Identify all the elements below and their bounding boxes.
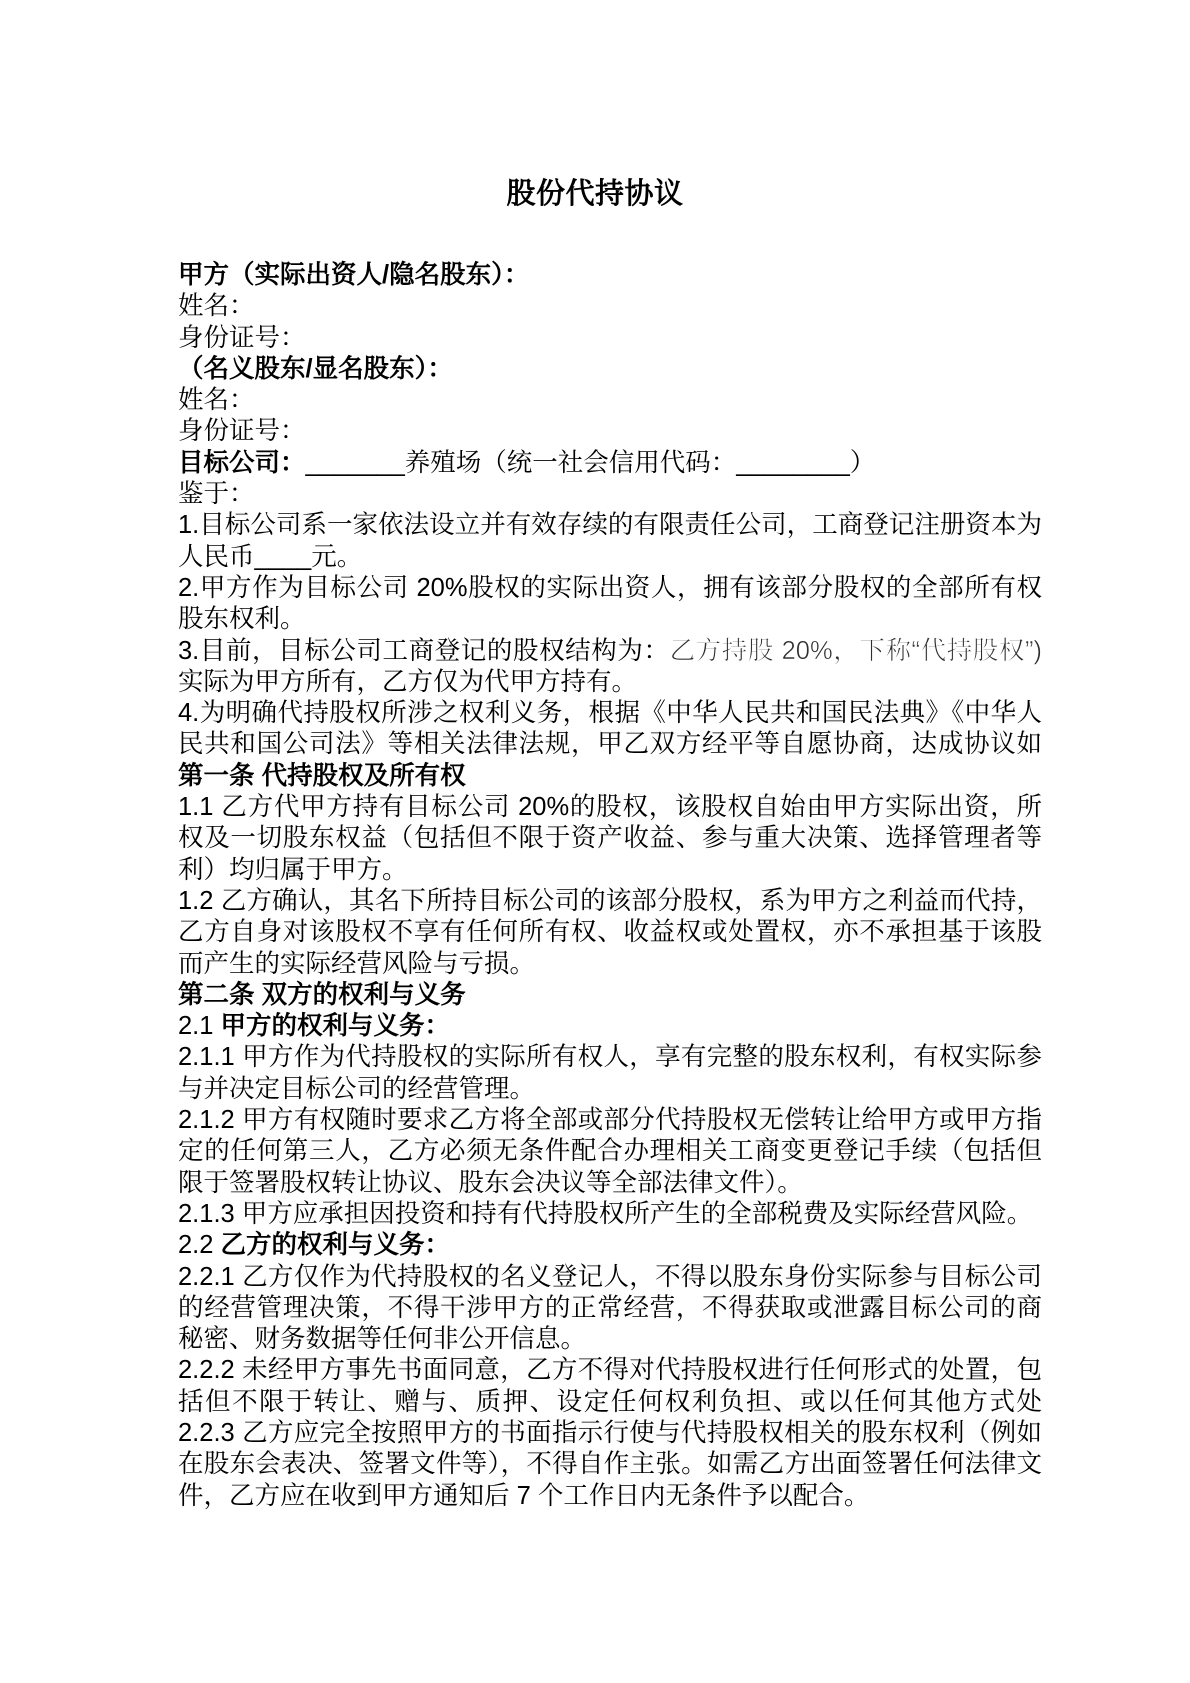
text-line: 第一条 代持股权及所有权 [178,761,1042,792]
document-page: 股份代持协议 甲方（实际出资人/隐名股东）：姓名：身份证号：（名义股东/显名股东… [0,0,1190,1683]
text-run: 人民币____元。 [178,543,362,571]
text-line: 在股东会表决、签署文件等），不得自作主张。如需乙方出面签署任何法律文 [178,1449,1042,1480]
text-run: 与并决定目标公司的经营管理。 [178,1075,535,1103]
text-run: 民共和国公司法》等相关法律法规，甲乙双方经平等自愿协商，达成协议如下： [178,730,1042,760]
text-line: 2.1 甲方的权利与义务： [178,1011,1042,1042]
text-line: 民共和国公司法》等相关法律法规，甲乙双方经平等自愿协商，达成协议如下： [178,729,1042,760]
bold-text-run: （名义股东/显名股东）： [178,355,453,383]
text-line: 2.1.2 甲方有权随时要求乙方将全部或部分代持股权无偿转让给甲方或甲方指 [178,1105,1042,1136]
text-run: 秘密、财务数据等任何非公开信息。 [178,1325,586,1353]
text-line: 2.2.1 乙方仅作为代持股权的名义登记人，不得以股东身份实际参与目标公司 [178,1262,1042,1293]
text-run: 3.目前，目标公司工商登记的股权结构为： [178,637,670,665]
text-line: 4.为明确代持股权所涉之权利义务，根据《中华人民共和国民法典》《中华人 [178,698,1042,729]
text-run: 2.1.2 甲方有权随时要求乙方将全部或部分代持股权无偿转让给甲方或甲方指 [178,1106,1042,1134]
text-run: 2.1.1 甲方作为代持股权的实际所有权人，享有完整的股东权利，有权实际参 [178,1043,1042,1071]
text-run: 权及一切股东权益（包括但不限于资产收益、参与重大决策、选择管理者等权 [178,824,1042,854]
text-line: 目标公司：_______养殖场（统一社会信用代码：________） [178,448,1042,479]
text-run: 身份证号： [178,324,306,352]
text-line: 2.2.3 乙方应完全按照甲方的书面指示行使与代持股权相关的股东权利（例如 [178,1418,1042,1449]
text-run: 限于签署股权转让协议、股东会决议等全部法律文件）。 [178,1169,803,1197]
text-run: 定的任何第三人，乙方必须无条件配合办理相关工商变更登记手续（包括但不 [178,1137,1042,1167]
text-line: 利）均归属于甲方。 [178,855,1042,886]
bold-text-run: 乙方的权利与义务： [221,1231,451,1259]
text-line: 甲方（实际出资人/隐名股东）： [178,260,1042,291]
text-run: 2.1.3 甲方应承担因投资和持有代持股权所产生的全部税费及实际经营风险。 [178,1200,1032,1228]
text-line: 姓名： [178,291,1042,322]
text-run: 在股东会表决、签署文件等），不得自作主张。如需乙方出面签署任何法律文 [178,1450,1042,1478]
text-run: 4.为明确代持股权所涉之权利义务，根据《中华人民共和国民法典》《中华人 [178,699,1042,727]
text-run: 实际为甲方所有，乙方仅为代甲方持有。 [178,668,637,696]
text-run: 2.甲方作为目标公司 20%股权的实际出资人，拥有该部分股权的全部所有权及 [178,574,1042,604]
text-line: 2.2.2 未经甲方事先书面同意，乙方不得对代持股权进行任何形式的处置，包 [178,1355,1042,1386]
text-line: 2.甲方作为目标公司 20%股权的实际出资人，拥有该部分股权的全部所有权及 [178,573,1042,604]
text-run: 件，乙方应在收到甲方通知后 7 个工作日内无条件予以配合。 [178,1482,869,1510]
text-line: 姓名： [178,385,1042,416]
text-run: 股东权利。 [178,605,306,633]
text-line: 权及一切股东权益（包括但不限于资产收益、参与重大决策、选择管理者等权 [178,823,1042,854]
text-line: 身份证号： [178,323,1042,354]
text-run: 2.2.1 乙方仅作为代持股权的名义登记人，不得以股东身份实际参与目标公司 [178,1263,1042,1291]
document-title: 股份代持协议 [0,172,1190,216]
text-run: 2.1 [178,1012,221,1040]
text-run: 身份证号： [178,417,306,445]
text-line: 第二条 双方的权利与义务 [178,980,1042,1011]
text-run: 1.目标公司系一家依法设立并有效存续的有限责任公司，工商登记注册资本为 [178,511,1042,539]
document-body: 甲方（实际出资人/隐名股东）：姓名：身份证号：（名义股东/显名股东）：姓名：身份… [178,260,1042,1512]
text-line: 1.2 乙方确认，其名下所持目标公司的该部分股权，系为甲方之利益而代持， [178,886,1042,917]
text-line: 定的任何第三人，乙方必须无条件配合办理相关工商变更登记手续（包括但不 [178,1136,1042,1167]
text-line: 的经营管理决策，不得干涉甲方的正常经营，不得获取或泄露目标公司的商业 [178,1293,1042,1324]
text-line: 括但不限于转让、赠与、质押、设定任何权利负担、或以任何其他方式处分。 [178,1387,1042,1418]
text-line: 实际为甲方所有，乙方仅为代甲方持有。 [178,667,1042,698]
bold-text-run: 甲方（实际出资人/隐名股东）： [178,261,529,289]
text-run: 的经营管理决策，不得干涉甲方的正常经营，不得获取或泄露目标公司的商业 [178,1294,1042,1324]
text-line: 秘密、财务数据等任何非公开信息。 [178,1324,1042,1355]
text-line: 2.1.3 甲方应承担因投资和持有代持股权所产生的全部税费及实际经营风险。 [178,1199,1042,1230]
text-line: 1.目标公司系一家依法设立并有效存续的有限责任公司，工商登记注册资本为 [178,510,1042,541]
text-line: 件，乙方应在收到甲方通知后 7 个工作日内无条件予以配合。 [178,1481,1042,1512]
text-line: 人民币____元。 [178,542,1042,573]
text-line: 与并决定目标公司的经营管理。 [178,1074,1042,1105]
text-run: 括但不限于转让、赠与、质押、设定任何权利负担、或以任何其他方式处分。 [178,1388,1042,1418]
text-run: 1.2 乙方确认，其名下所持目标公司的该部分股权，系为甲方之利益而代持， [178,887,1042,915]
bold-text-run: 第二条 双方的权利与义务 [178,981,466,1009]
light-text-run: 乙方持股 20%，下称“代持股权”) [670,637,1042,665]
text-run: 2.2.3 乙方应完全按照甲方的书面指示行使与代持股权相关的股东权利（例如 [178,1419,1042,1447]
text-run: 鉴于： [178,480,255,508]
text-run: 1.1 乙方代甲方持有目标公司 20%的股权，该股权自始由甲方实际出资，所有 [178,793,1042,823]
text-line: 而产生的实际经营风险与亏损。 [178,949,1042,980]
text-run: 而产生的实际经营风险与亏损。 [178,950,535,978]
text-run: 2.2.2 未经甲方事先书面同意，乙方不得对代持股权进行任何形式的处置，包 [178,1356,1042,1384]
text-line: 股东权利。 [178,604,1042,635]
text-line: 2.1.1 甲方作为代持股权的实际所有权人，享有完整的股东权利，有权实际参 [178,1042,1042,1073]
text-line: 鉴于： [178,479,1042,510]
text-line: 身份证号： [178,416,1042,447]
text-run: 乙方自身对该股权不享有任何所有权、收益权或处置权，亦不承担基于该股权 [178,918,1042,948]
bold-text-run: 甲方的权利与义务： [221,1012,451,1040]
text-run: 2.2 [178,1231,221,1259]
text-run: _______养殖场（统一社会信用代码：________） [306,449,876,477]
text-run: 姓名： [178,386,255,414]
text-line: 限于签署股权转让协议、股东会决议等全部法律文件）。 [178,1168,1042,1199]
text-run: 利）均归属于甲方。 [178,856,408,884]
text-line: （名义股东/显名股东）： [178,354,1042,385]
text-run: 姓名： [178,292,255,320]
bold-text-run: 第一条 代持股权及所有权 [178,762,466,790]
text-line: 2.2 乙方的权利与义务： [178,1230,1042,1261]
text-line: 乙方自身对该股权不享有任何所有权、收益权或处置权，亦不承担基于该股权 [178,917,1042,948]
bold-text-run: 目标公司： [178,449,306,477]
text-line: 1.1 乙方代甲方持有目标公司 20%的股权，该股权自始由甲方实际出资，所有 [178,792,1042,823]
text-line: 3.目前，目标公司工商登记的股权结构为：乙方持股 20%，下称“代持股权”) [178,636,1042,667]
